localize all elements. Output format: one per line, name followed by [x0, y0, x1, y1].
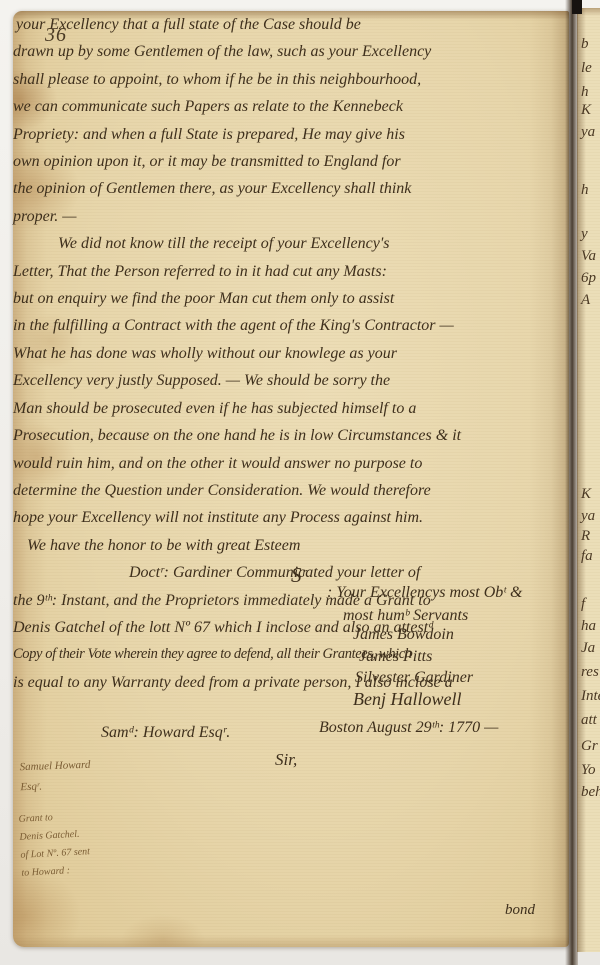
manuscript-line: shall please to appoint, to whom if he b…	[13, 66, 569, 93]
margin-note-line: of Lot Nº. 67 sent	[20, 843, 90, 865]
manuscript-line: drawn up by some Gentlemen of the law, s…	[13, 38, 569, 65]
manuscript-line: Denis Gatchel of the lott Nº 67 which I …	[13, 614, 569, 641]
facing-page-fragment: h	[581, 84, 589, 101]
manuscript-line: Propriety: and when a full State is prep…	[13, 121, 569, 148]
facing-page-fragment: K	[581, 486, 591, 503]
facing-page-fragment: ha	[581, 618, 596, 635]
facing-page-fragment: A	[581, 292, 590, 309]
closing-sir-flourish: Sʳ	[291, 563, 306, 588]
manuscript-line: hope your Excellency will not institute …	[13, 504, 569, 531]
facing-page-fragment: ya	[581, 124, 595, 141]
manuscript-line: the opinion of Gentlemen there, as your …	[13, 175, 569, 202]
manuscript-line: Prosecution, because on the one hand he …	[13, 422, 569, 449]
facing-page-fragment: K	[581, 102, 591, 119]
signature: Silvester Gardiner	[353, 667, 473, 689]
binding-tab	[572, 0, 582, 14]
signature: Benj Hallowell	[353, 689, 473, 711]
facing-page-fragment: Inte	[581, 688, 600, 705]
facing-page-fragment: y	[581, 226, 588, 243]
facing-page-fragment: 6p	[581, 270, 596, 287]
facing-page-fragment: h	[581, 182, 589, 199]
facing-page-fragment: Va	[581, 248, 596, 265]
facing-page-fragment: Gr	[581, 738, 598, 755]
closing-compliment-line: : Your Excellencys most Obᵗ &	[327, 584, 522, 602]
closing-compliment-line: most humᵇ Servants	[343, 607, 468, 625]
facing-page-fragment: b	[581, 36, 589, 53]
manuscript-line: would ruin him, and on the other it woul…	[13, 450, 569, 477]
margin-note-line: Esqʳ.	[20, 775, 91, 797]
manuscript-line: What he has done was wholly without our …	[13, 340, 569, 367]
manuscript-line: we can communicate such Papers as relate…	[13, 93, 569, 120]
facing-page-fragment: att	[581, 712, 597, 729]
facing-page-fragment: beh	[581, 784, 600, 801]
manuscript-line: your Excellency that a full state of the…	[13, 11, 569, 38]
facing-page-fragment: R	[581, 528, 590, 545]
manuscript-line: but on enquiry we find the poor Man cut …	[13, 285, 569, 312]
book-gutter-shadow	[565, 0, 578, 965]
facing-page-fragment: Yo	[581, 762, 595, 779]
facing-page-edge: b le h K ya h y Va 6p A K ya R fa f ha J…	[577, 8, 600, 952]
facing-page-fragment: ya	[581, 508, 595, 525]
catchword: bond	[505, 902, 535, 919]
signature: James Bowdoin	[353, 624, 473, 646]
facing-page-fragment: fa	[581, 548, 593, 565]
manuscript-line: own opinion upon it, or it may be transm…	[13, 148, 569, 175]
manuscript-line: Copy of their Vote wherein they agree to…	[13, 641, 569, 668]
facing-page-fragment: res	[581, 664, 599, 681]
manuscript-line: Letter, That the Person referred to in i…	[13, 258, 569, 285]
letter1-body: your Excellency that a full state of the…	[13, 11, 569, 559]
letter2-salutation: Sir,	[275, 750, 297, 770]
manuscript-line: We did not know till the receipt of your…	[13, 230, 569, 257]
facing-page-fragment: le	[581, 60, 592, 77]
manuscript-line: proper. —	[13, 203, 569, 230]
margin-note-grant: Grant to Denis Gatchel. of Lot Nº. 67 se…	[18, 807, 91, 883]
signature-block: James Bowdoin James Pitts Silvester Gard…	[353, 624, 473, 710]
facing-page-fragment: Ja	[581, 640, 595, 657]
signature: James Pitts	[353, 646, 473, 668]
margin-note-line: to Howard :	[21, 861, 91, 883]
page-number: 36	[45, 24, 67, 47]
manuscript-line: in the fulfilling a Contract with the ag…	[13, 312, 569, 339]
manuscript-scan: 36 your Excellency that a full state of …	[0, 0, 600, 965]
manuscript-line: We have the honor to be with great Estee…	[13, 532, 569, 559]
letter2-addressee: Samᵈ: Howard Esqʳ.	[101, 724, 230, 742]
margin-note-addressee: Samuel Howard Esqʳ.	[19, 755, 91, 797]
margin-note-line: Samuel Howard	[19, 755, 90, 777]
manuscript-line: determine the Question under Considerati…	[13, 477, 569, 504]
letter2-dateline: Boston August 29ᵗʰ: 1770 —	[319, 719, 498, 737]
manuscript-page: 36 your Excellency that a full state of …	[13, 11, 569, 947]
manuscript-line: Man should be prosecuted even if he has …	[13, 395, 569, 422]
manuscript-line: Excellency very justly Supposed. — We sh…	[13, 367, 569, 394]
facing-page-fragment: f	[581, 596, 585, 613]
manuscript-line: is equal to any Warranty deed from a pri…	[13, 669, 569, 696]
